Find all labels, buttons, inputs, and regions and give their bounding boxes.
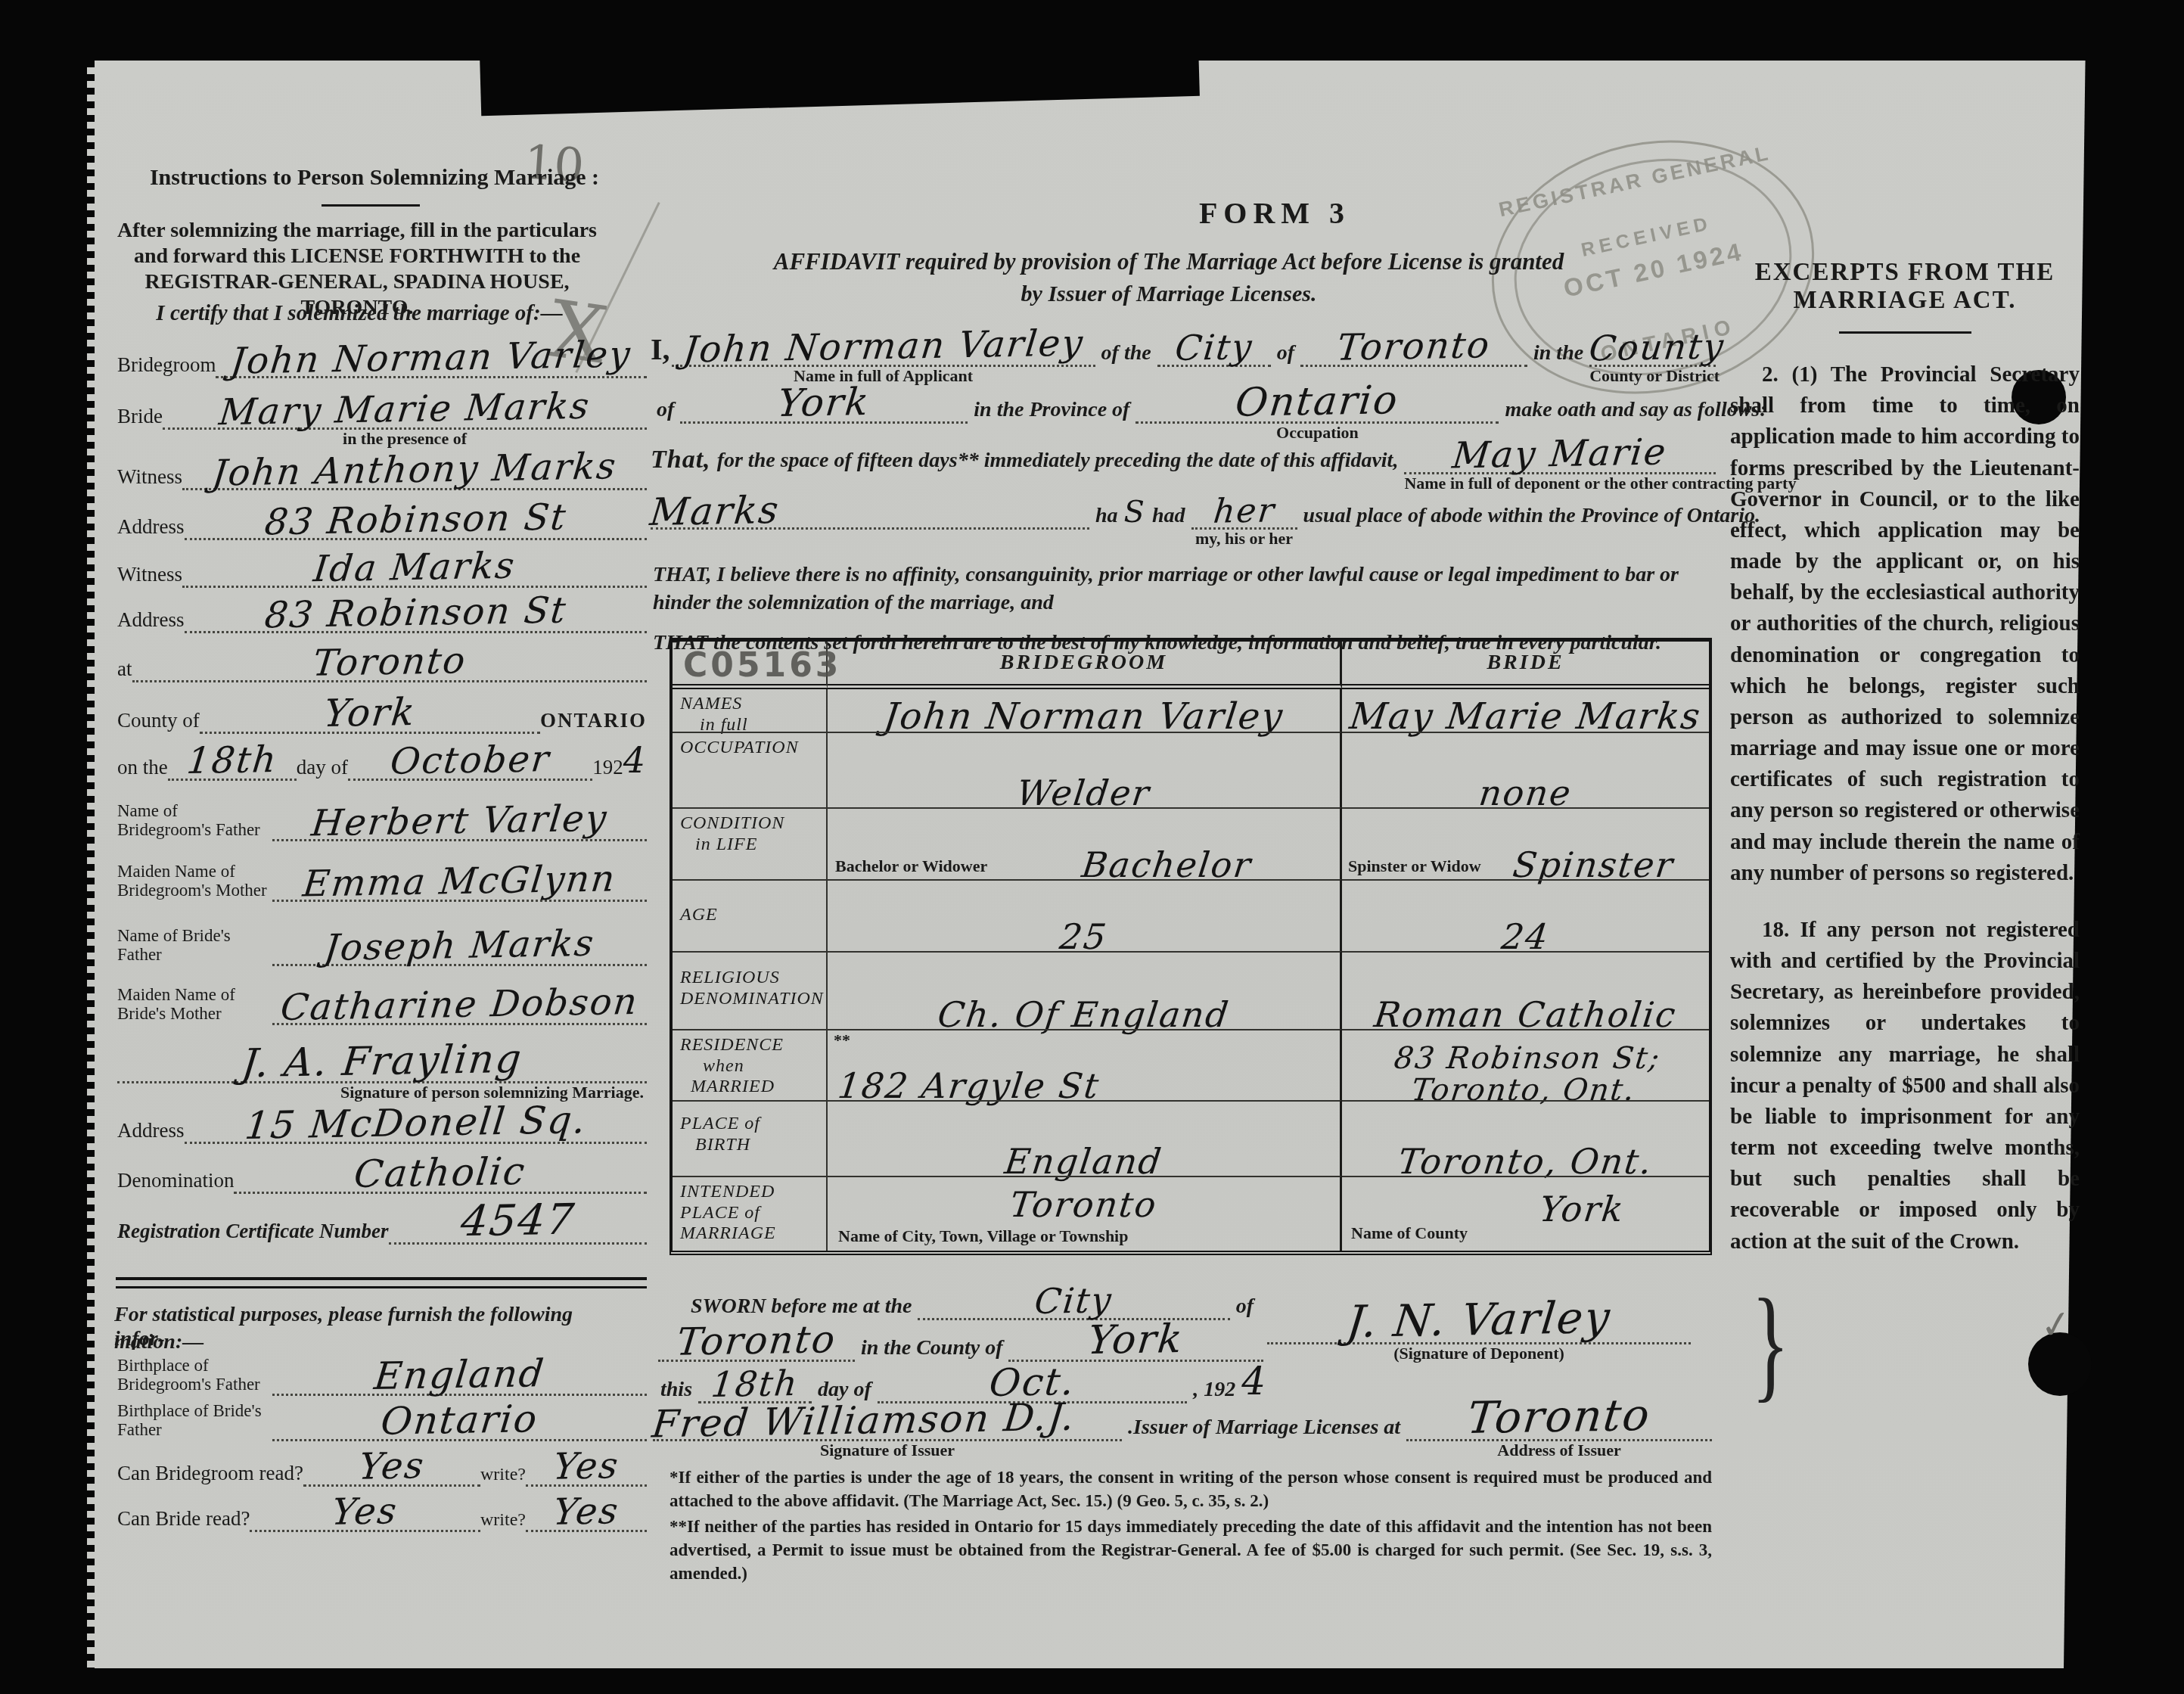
- label-intended: INTENDED PLACE of MARRIAGE: [673, 1176, 828, 1251]
- word-I: I,: [651, 331, 672, 367]
- condition-groom-caption: Bachelor or Widower: [835, 856, 987, 876]
- residence-bride-cell: 83 Robinson St; Toronto, Ont.: [1342, 1029, 1709, 1100]
- deponent-last-name: Marks: [648, 483, 1092, 534]
- bridegroom-father-value: Herbert Varley: [270, 797, 650, 846]
- row-bridegroom-father: Name of Bridegroom's Father Herbert Varl…: [117, 781, 647, 841]
- heading-underline: [322, 204, 420, 207]
- dotted-line: City: [1157, 304, 1271, 367]
- row-bride: Bride Mary Marie Marks in the presence o…: [117, 369, 647, 430]
- deponent-signature-caption: (Signature of Deponent): [1267, 1344, 1691, 1363]
- religion-groom-cell: Ch. Of England: [828, 951, 1342, 1029]
- serial-cell: C05163: [673, 642, 828, 689]
- residence-bride-value: 83 Robinson St; Toronto, Ont.: [1338, 1043, 1713, 1106]
- county-word: County: [1587, 326, 1718, 369]
- dotted-line: Herbert Varley: [272, 779, 647, 841]
- residence-footnote-mark: **: [834, 1030, 850, 1050]
- affidavit-para1: THAT, I believe there is no affinity, co…: [653, 561, 1712, 617]
- sworn-brace: }: [1751, 1280, 1789, 1407]
- names-bride-cell: May Marie Marks: [1342, 689, 1709, 732]
- label-residence: RESIDENCE when MARRIED: [673, 1029, 828, 1100]
- year-printed: 192: [592, 756, 623, 781]
- dotted-line: Emma McGlynn: [272, 839, 647, 902]
- residence-groom-cell: ** 182 Argyle St: [828, 1029, 1342, 1100]
- can-bride-read-label: Can Bride read?: [117, 1507, 250, 1532]
- bride-header-text: BRIDE: [1487, 651, 1564, 675]
- dotted-line: John Norman Varley Name in full of Appli…: [672, 304, 1095, 367]
- bride-label: Bride: [117, 405, 163, 430]
- intended-groom-value: Toronto: [825, 1184, 1343, 1225]
- deponent-signature: J. N. Varley: [1264, 1290, 1694, 1349]
- bride-mother-label: Maiden Name of Bride's Mother: [117, 986, 272, 1025]
- occupation-bride-cell: none: [1342, 732, 1709, 807]
- bride-read-value: Yes: [247, 1488, 483, 1534]
- registration-number-label: Registration Certificate Number: [117, 1220, 389, 1245]
- dotted-line: Toronto: [1300, 304, 1527, 367]
- occupation-groom-cell: Welder: [828, 732, 1342, 807]
- label-occupation: OCCUPATION: [673, 732, 828, 807]
- abode-text: usual place of abode within the Province…: [1297, 504, 1766, 530]
- religion-bride-cell: Roman Catholic: [1342, 951, 1709, 1029]
- dotted-line: J. N. Varley (Signature of Deponent): [1267, 1282, 1691, 1344]
- dotted-line: October: [348, 718, 592, 781]
- dotted-line: Yes: [250, 1469, 480, 1532]
- bride-column-header: BRIDE: [1342, 642, 1709, 689]
- bridegroom-father-label: Name of Bridegroom's Father: [117, 802, 272, 841]
- registration-number-value: 4547: [386, 1194, 650, 1248]
- excerpts-section-2: 2. (1) The Provincial Secretary shall fr…: [1730, 359, 2080, 889]
- scan-top-edge: [480, 61, 1200, 116]
- dotted-line: J. A. Frayling Signature of person solem…: [117, 1021, 647, 1083]
- word-had: had: [1146, 504, 1191, 530]
- birth-groom-cell: England: [828, 1100, 1342, 1176]
- scanned-marriage-affidavit: 10 X ✓ REGISTRAR GENERAL RECEIVED OCT 20…: [0, 0, 2184, 1694]
- label-names: NAMES in full: [673, 689, 828, 732]
- year-written: 4: [623, 740, 647, 781]
- issuer-address: Toronto: [1403, 1388, 1715, 1444]
- marriage-act-excerpts: EXCERPTS FROM THE MARRIAGE ACT. 2. (1) T…: [1730, 259, 2080, 1257]
- affidavit-title-line2: by Issuer of Marriage Licenses.: [617, 281, 1721, 307]
- birth-bride-cell: Toronto, Ont.: [1342, 1100, 1709, 1176]
- age-groom-cell: 25: [828, 879, 1342, 951]
- label-condition: CONDITION in LIFE: [673, 807, 828, 879]
- issuer-label: .Issuer of Marriage Licenses at: [1122, 1416, 1406, 1441]
- dotted-line: Yes: [526, 1469, 647, 1532]
- excerpts-title-line1: EXCERPTS FROM THE: [1730, 259, 2080, 287]
- bridegroom-mother-value: Emma McGlynn: [270, 857, 650, 906]
- bridegroom-bride-table: C05163 BRIDEGROOM BRIDE NAMES in full Jo…: [669, 638, 1712, 1255]
- onthe-label: on the: [117, 756, 168, 781]
- dotted-line: her my, his or her: [1191, 467, 1297, 530]
- footnote-residency: **If neither of the parties has resided …: [669, 1515, 1712, 1585]
- form-number: FORM 3: [1078, 195, 1471, 231]
- affidavit-line1: I, John Norman Varley Name in full of Ap…: [651, 306, 1716, 367]
- deckled-left-edge: [87, 61, 95, 1668]
- label-age: AGE: [673, 879, 828, 951]
- dotted-line: Toronto Address of Issuer: [1406, 1379, 1712, 1441]
- dotted-line: Marks: [651, 467, 1089, 530]
- dotted-line: 4547: [389, 1182, 647, 1245]
- row-date: on the 18th day of October 192 4: [117, 720, 647, 781]
- dotted-line: Fred Williamson D.J. Signature of Issuer: [653, 1379, 1122, 1441]
- issuer-signature-caption: Signature of Issuer: [653, 1441, 1122, 1460]
- row-solemnizer-signature: J. A. Frayling Signature of person solem…: [117, 1023, 647, 1083]
- intended-groom-caption: Name of City, Town, Village or Township: [838, 1226, 1128, 1246]
- written-s: S: [1124, 495, 1146, 530]
- dotted-line: Joseph Marks: [272, 903, 647, 966]
- dotted-line: Mary Marie Marks in the presence of: [163, 367, 647, 430]
- age-bride-cell: 24: [1342, 879, 1709, 951]
- condition-groom-cell: Bachelor or Widower Bachelor: [828, 807, 1342, 879]
- pencil-checkmark: ✓: [2037, 1301, 2075, 1348]
- label-religion: RELIGIOUS DENOMINATION: [673, 951, 828, 1029]
- dayof-label: day of: [297, 756, 348, 781]
- serial-number-stamp: C05163: [683, 646, 841, 685]
- bride-write-label: write?: [480, 1510, 526, 1532]
- section-divider: [116, 1277, 647, 1288]
- affidavit-that-line: That, for the space of fifteen days** im…: [651, 414, 1716, 474]
- bridegroom-header-text: BRIDEGROOM: [1000, 651, 1167, 675]
- day-value: 18th: [166, 738, 299, 783]
- bride-father-label: Name of Bride's Father: [117, 927, 272, 966]
- bridegroom-mother-label: Maiden Name of Bridegroom's Mother: [117, 863, 272, 902]
- dotted-line: County County or District: [1589, 304, 1716, 367]
- bridegroom-column-header: BRIDEGROOM: [828, 642, 1342, 689]
- row-can-bride-read: Can Bride read? Yes write? Yes: [117, 1472, 647, 1532]
- affidavit-title-line1: AFFIDAVIT required by provision of The M…: [617, 248, 1721, 275]
- dotted-line: May Marie Name in full of deponent or th…: [1404, 412, 1716, 474]
- names-groom-cell: John Norman Varley: [828, 689, 1342, 732]
- issuer-address-caption: Address of Issuer: [1406, 1441, 1712, 1460]
- excerpts-title-line2: MARRIAGE ACT.: [1730, 287, 2080, 315]
- label-birth: PLACE of BIRTH: [673, 1100, 828, 1176]
- excerpts-rule: [1839, 331, 1971, 334]
- dotted-line: Catharine Dobson: [272, 962, 647, 1025]
- condition-bride-cell: Spinster or Widow Spinster: [1342, 807, 1709, 879]
- affidavit-abode-line: Marks ha S had her my, his or her usual …: [651, 469, 1716, 530]
- instructions-heading: Instructions to Person Solemnizing Marri…: [140, 165, 609, 191]
- row-bridegroom-mother: Maiden Name of Bridegroom's Mother Emma …: [117, 841, 647, 902]
- row-bride-father: Name of Bride's Father Joseph Marks: [117, 906, 647, 966]
- intended-bride-caption: Name of County: [1351, 1223, 1468, 1243]
- issuer-signature: Fred Williamson D.J.: [650, 1394, 1124, 1447]
- pronoun-caption: my, his or her: [1191, 529, 1297, 549]
- issuer-row: Fred Williamson D.J. Signature of Issuer…: [653, 1381, 1712, 1441]
- row-registration-number: Registration Certificate Number 4547: [117, 1184, 647, 1245]
- document-paper: 10 X ✓ REGISTRAR GENERAL RECEIVED OCT 20…: [87, 61, 2095, 1668]
- intended-groom-cell: Toronto Name of City, Town, Village or T…: [828, 1176, 1342, 1251]
- bride-write-value: Yes: [523, 1490, 649, 1534]
- word-ha: ha: [1089, 504, 1124, 530]
- condition-bride-caption: Spinster or Widow: [1348, 856, 1481, 876]
- excerpts-section-18: 18. If any person not registered with an…: [1730, 915, 2080, 1257]
- intended-bride-value: York: [1453, 1189, 1712, 1229]
- deponent-signature-row: J. N. Varley (Signature of Deponent): [1267, 1284, 1691, 1344]
- pronoun-value: her: [1189, 491, 1300, 531]
- month-value: October: [346, 737, 595, 784]
- intended-bride-cell: York Name of County: [1342, 1176, 1709, 1251]
- dotted-line: 18th: [168, 718, 297, 781]
- footnote-consent: *If either of the parties is under the a…: [669, 1466, 1712, 1512]
- row-bride-mother: Maiden Name of Bride's Mother Catharine …: [117, 965, 647, 1025]
